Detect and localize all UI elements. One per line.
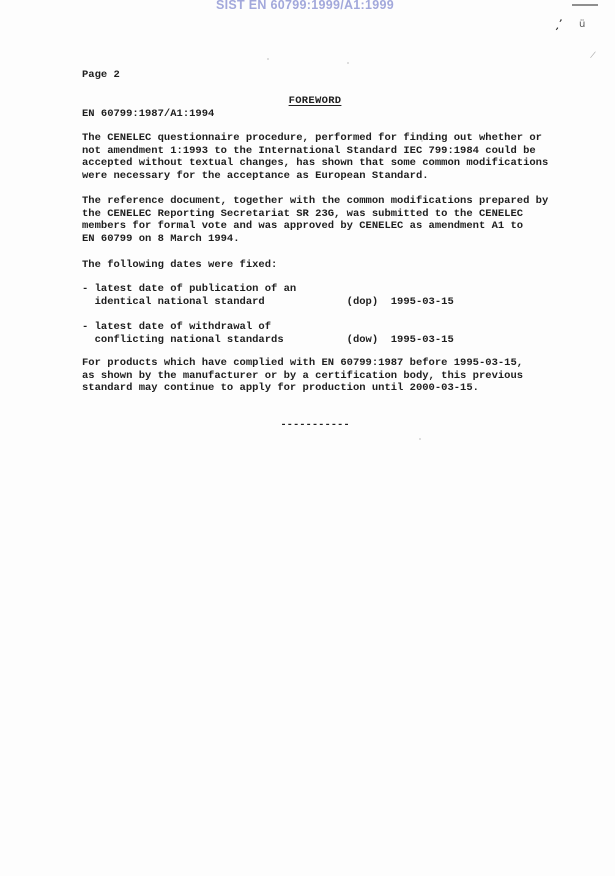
scan-speck: [347, 62, 349, 64]
pencil-mark-icon: ü: [579, 19, 585, 30]
standard-reference: EN 60799:1987/A1:1994: [82, 108, 214, 121]
date-item-dow: - latest date of withdrawal of conflicti…: [82, 321, 454, 346]
sist-watermark-text: SIST EN 60799:1999/A1:1999: [216, 0, 394, 12]
document-page: SIST EN 60799:1999/A1:1999 ’ ’ ü ⁄ Page …: [0, 0, 615, 876]
paragraph-questionnaire-procedure: The CENELEC questionnaire procedure, per…: [82, 132, 548, 183]
corner-line-mark: [572, 4, 598, 6]
dates-intro-line: The following dates were fixed:: [82, 259, 277, 272]
page-number-label: Page 2: [82, 69, 214, 82]
pencil-mark-icon: ’: [552, 25, 560, 39]
scan-speck: [267, 58, 269, 60]
paragraph-products-complied: For products which have complied with EN…: [82, 357, 523, 395]
scan-speck: [419, 438, 421, 440]
pencil-mark-icon: ⁄: [591, 51, 594, 61]
date-item-dop: - latest date of publication of an ident…: [82, 283, 454, 308]
paragraph-reference-document: The reference document, together with th…: [82, 195, 548, 246]
foreword-title: FOREWORD: [82, 95, 548, 108]
dashed-separator: -----------: [82, 419, 548, 432]
